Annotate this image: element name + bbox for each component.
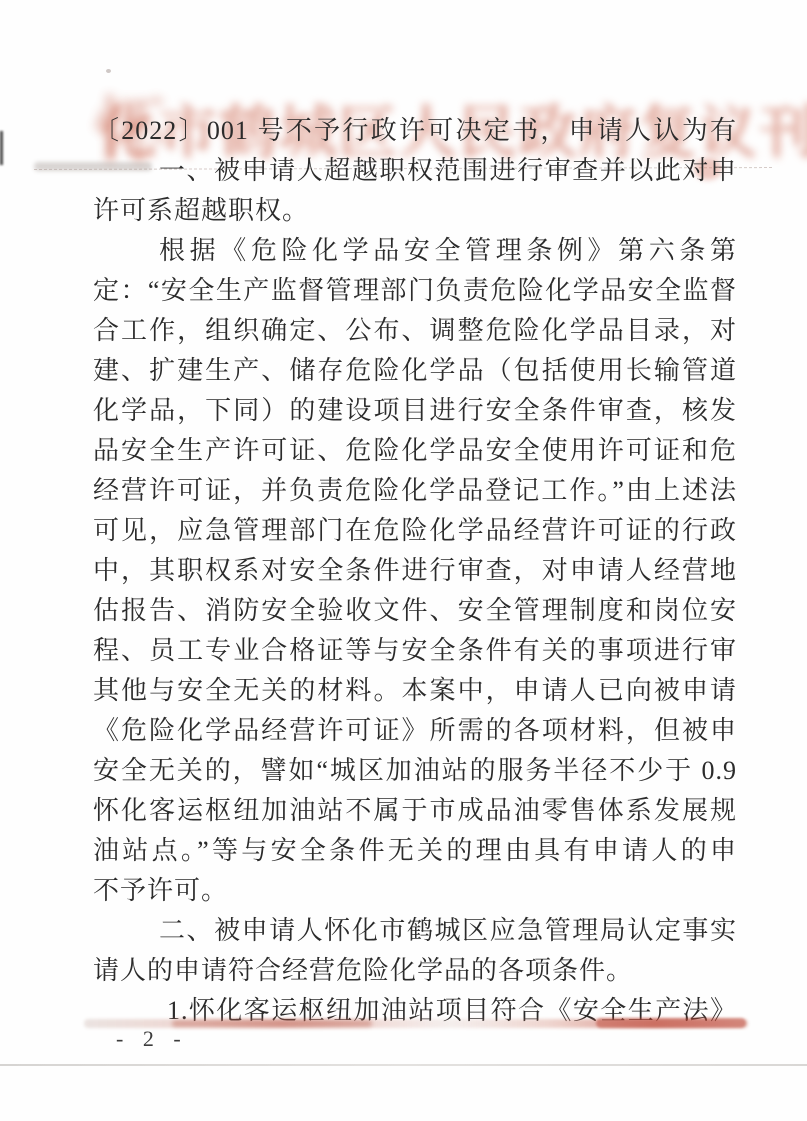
doc-line: 《危险化学品经营许可证》所需的各项材料，但被申请人以与 <box>93 711 737 751</box>
document-lines: 〔2022〕001 号不予行政许可决定书，申请人认为有如下错误：一、被申请人超越… <box>93 111 737 1031</box>
doc-line: 定：“安全生产监督管理部门负责危险化学品安全监督管理综 <box>93 271 737 311</box>
doc-line: 估报告、消防安全验收文件、安全管理制度和岗位安全操作规 <box>93 591 737 631</box>
doc-line: 怀化客运枢纽加油站不属于市成品油零售体系发展规划中的加 <box>93 791 737 831</box>
doc-line: 一、被申请人超越职权范围进行审查并以此对申请人不予 <box>93 151 737 191</box>
doc-line: 合工作，组织确定、公布、调整危险化学品目录，对新建、改 <box>93 311 737 351</box>
doc-line: 根据《危险化学品安全管理条例》第六条第（一）项的规 <box>93 231 737 271</box>
document-text: 〔2022〕001 号不予行政许可决定书，申请人认为有如下错误：一、被申请人超越… <box>93 111 737 1031</box>
doc-line: 安全无关的，譬如“城区加油站的服务半径不少于 0.9 公里， <box>93 751 737 791</box>
bottom-smudge-mid <box>172 1020 372 1027</box>
doc-line: 油站点。”等与安全条件无关的理由具有申请人的申请，作出 <box>93 831 737 871</box>
doc-line: 不予许可。 <box>93 871 737 911</box>
doc-line: 可见，应急管理部门在危险化学品经营许可证的行政许可过程 <box>93 511 737 551</box>
scan-speck-dot <box>106 69 111 73</box>
doc-line: 请人的申请符合经营危险化学品的各项条件。 <box>93 951 737 991</box>
page-bottom-edge <box>0 1064 807 1066</box>
doc-line: 品安全生产许可证、危险化学品安全使用许可证和危险化学品 <box>93 431 737 471</box>
doc-line: 程、员工专业合格证等与安全条件有关的事项进行审查，而非 <box>93 631 737 671</box>
doc-line: 中，其职权系对安全条件进行审查，对申请人经营地的安全评 <box>93 551 737 591</box>
doc-line: 〔2022〕001 号不予行政许可决定书，申请人认为有如下错误： <box>93 111 737 151</box>
left-edge-artifact <box>0 131 3 165</box>
bottom-smudge-strong <box>596 1018 746 1028</box>
page-number: - 2 - <box>116 1026 188 1052</box>
doc-line: 经营许可证，并负责危险化学品登记工作。”由上述法律规范 <box>93 471 737 511</box>
doc-line: 许可系超越职权。 <box>93 191 737 231</box>
doc-line: 其他与安全无关的材料。本案中，申请人已向被申请人递交了 <box>93 671 737 711</box>
doc-line: 二、被申请人怀化市鹤城区应急管理局认定事实错误，申 <box>93 911 737 951</box>
scanned-document-page: 怀 化市鹤城区人民政府复议刊 〔2022〕001 号不予行政许可决定书，申请人认… <box>0 0 807 1121</box>
doc-line: 建、扩建生产、储存危险化学品（包括使用长输管道输送危险 <box>93 351 737 391</box>
doc-line: 化学品，下同）的建设项目进行安全条件审查，核发危险化学 <box>93 391 737 431</box>
